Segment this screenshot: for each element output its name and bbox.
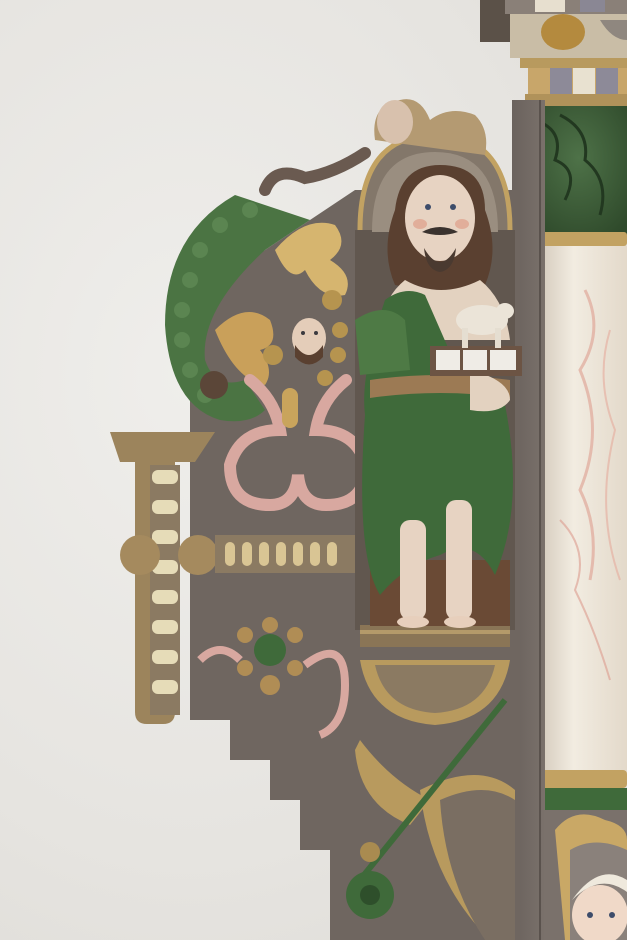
altarpiece-illustration [0, 0, 627, 940]
marbled-column-shaft [540, 246, 627, 810]
column-entablature [480, 0, 627, 106]
lower-carved-head [545, 810, 627, 940]
altarpiece-photo: Painted carved wooden altarpiece detail:… [0, 0, 627, 940]
